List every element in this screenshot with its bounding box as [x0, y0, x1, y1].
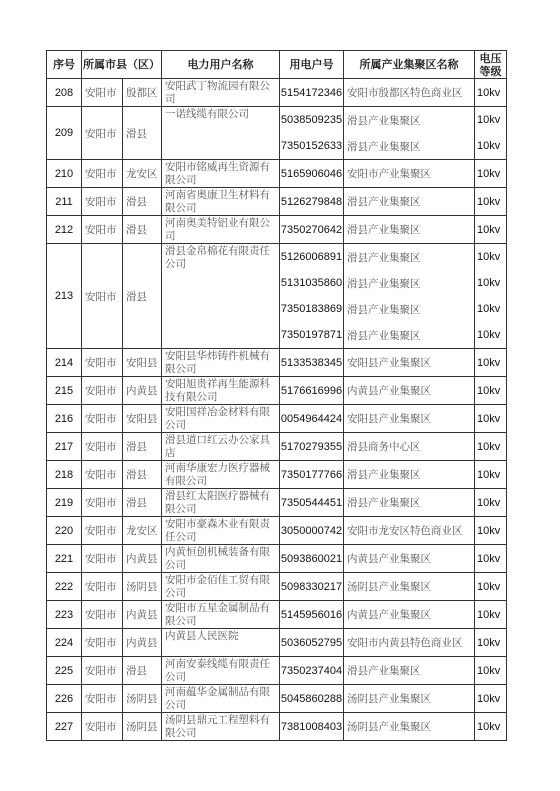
row-county: 龙安区	[123, 517, 162, 545]
row-cluster: 滑县产业集聚区	[344, 322, 475, 349]
row-cluster: 汤阴县产业集聚区	[344, 573, 475, 601]
row-voltage: 10kv	[475, 296, 507, 322]
row-voltage: 10kv	[475, 377, 507, 405]
row-county: 汤阴县	[123, 573, 162, 601]
header-voltage: 电压等级	[475, 51, 507, 79]
row-cluster: 滑县产业集聚区	[344, 461, 475, 489]
row-seq: 223	[47, 601, 82, 629]
row-account: 5045860288	[280, 685, 344, 713]
row-cluster: 安阳市产业集聚区	[344, 160, 475, 188]
row-account: 5126279848	[280, 188, 344, 216]
row-city: 安阳市	[82, 517, 123, 545]
row-voltage: 10kv	[475, 489, 507, 517]
row-seq: 215	[47, 377, 82, 405]
row-voltage: 10kv	[475, 133, 507, 160]
row-city: 安阳市	[82, 461, 123, 489]
row-seq: 224	[47, 629, 82, 657]
row-cluster: 汤阴县产业集聚区	[344, 685, 475, 713]
row-city: 安阳市	[82, 160, 123, 188]
row-account: 7381008403	[280, 713, 344, 741]
row-voltage: 10kv	[475, 270, 507, 296]
row-voltage: 10kv	[475, 629, 507, 657]
table-body: 208安阳市殷都区安阳武丁物流园有限公司5154172346安阳市殷都区特色商业…	[47, 79, 507, 741]
row-county: 内黄县	[123, 629, 162, 657]
row-account: 7350237404	[280, 657, 344, 685]
row-seq: 226	[47, 685, 82, 713]
row-voltage: 10kv	[475, 685, 507, 713]
row-account: 7350544451	[280, 489, 344, 517]
row-city: 安阳市	[82, 349, 123, 377]
row-county: 滑县	[123, 107, 162, 160]
row-company: 河南蕴华金属制品有限公司	[162, 685, 280, 713]
table-row: 227安阳市汤阴县汤阴县鼎元工程塑料有限公司7381008403汤阴县产业集聚区…	[47, 713, 507, 741]
row-city: 安阳市	[82, 216, 123, 244]
row-seq: 219	[47, 489, 82, 517]
row-city: 安阳市	[82, 685, 123, 713]
row-city: 安阳市	[82, 573, 123, 601]
row-cluster: 滑县产业集聚区	[344, 657, 475, 685]
row-company: 安阳武丁物流园有限公司	[162, 79, 280, 107]
row-city: 安阳市	[82, 713, 123, 741]
row-cluster: 内黄县产业集聚区	[344, 601, 475, 629]
table-row: 213安阳市滑县滑县金帛棉花有限责任公司5126006891滑县产业集聚区10k…	[47, 244, 507, 271]
row-company: 安阳市金佰佳工贸有限公司	[162, 573, 280, 601]
row-county: 滑县	[123, 433, 162, 461]
table-row: 208安阳市殷都区安阳武丁物流园有限公司5154172346安阳市殷都区特色商业…	[47, 79, 507, 107]
row-county: 内黄县	[123, 545, 162, 573]
header-row: 序号 所属市县（区） 电力用户名称 用电户号 所属产业集聚区名称 电压等级	[47, 51, 507, 79]
row-account: 7350183869	[280, 296, 344, 322]
row-company: 滑县道口红云办公家具店	[162, 433, 280, 461]
row-city: 安阳市	[82, 405, 123, 433]
row-company: 安阳市铭威再生资源有限公司	[162, 160, 280, 188]
row-county: 安阳县	[123, 405, 162, 433]
row-account: 5170279355	[280, 433, 344, 461]
row-voltage: 10kv	[475, 433, 507, 461]
row-voltage: 10kv	[475, 517, 507, 545]
row-voltage: 10kv	[475, 160, 507, 188]
row-company: 河南华康宏力医疗器械有限公司	[162, 461, 280, 489]
row-account: 5098330217	[280, 573, 344, 601]
table-row: 212安阳市滑县河南奥美特铝业有限公司7350270642滑县产业集聚区10kv	[47, 216, 507, 244]
row-county: 滑县	[123, 216, 162, 244]
row-county: 汤阴县	[123, 713, 162, 741]
header-cluster: 所属产业集聚区名称	[344, 51, 475, 79]
table-row: 220安阳市龙安区安阳市豪森木业有限责任公司3050000742安阳市龙安区特色…	[47, 517, 507, 545]
row-cluster: 内黄县产业集聚区	[344, 545, 475, 573]
row-seq: 227	[47, 713, 82, 741]
row-cluster: 安阳县产业集聚区	[344, 405, 475, 433]
row-voltage: 10kv	[475, 79, 507, 107]
row-voltage: 10kv	[475, 545, 507, 573]
row-company: 河南省奥康卫生材料有限公司	[162, 188, 280, 216]
row-city: 安阳市	[82, 79, 123, 107]
table-row: 214安阳市安阳县安阳县华炜铸件机械有限公司5133538345安阳县产业集聚区…	[47, 349, 507, 377]
table-row: 225安阳市滑县河南安泰线缆有限责任公司7350237404滑县产业集聚区10k…	[47, 657, 507, 685]
row-city: 安阳市	[82, 601, 123, 629]
row-city: 安阳市	[82, 244, 123, 349]
header-account: 用电户号	[280, 51, 344, 79]
row-account: 5126006891	[280, 244, 344, 271]
row-seq: 212	[47, 216, 82, 244]
row-cluster: 滑县产业集聚区	[344, 296, 475, 322]
row-county: 内黄县	[123, 377, 162, 405]
row-voltage: 10kv	[475, 461, 507, 489]
row-account: 7350177766	[280, 461, 344, 489]
row-cluster: 滑县产业集聚区	[344, 270, 475, 296]
row-seq: 210	[47, 160, 82, 188]
row-seq: 216	[47, 405, 82, 433]
header-company: 电力用户名称	[162, 51, 280, 79]
table-row: 211安阳市滑县河南省奥康卫生材料有限公司5126279848滑县产业集聚区10…	[47, 188, 507, 216]
row-account: 7350197871	[280, 322, 344, 349]
row-seq: 211	[47, 188, 82, 216]
row-company: 内黄恒创机械装备有限公司	[162, 545, 280, 573]
table-row: 215安阳市内黄县安阳旭贵祥再生能源科技有限公司5176616996内黄县产业集…	[47, 377, 507, 405]
row-seq: 220	[47, 517, 82, 545]
table-row: 216安阳市安阳县安阳国祥冶金材料有限公司0054964424安阳县产业集聚区1…	[47, 405, 507, 433]
row-city: 安阳市	[82, 545, 123, 573]
row-cluster: 安阳市殷都区特色商业区	[344, 79, 475, 107]
row-voltage: 10kv	[475, 573, 507, 601]
row-voltage: 10kv	[475, 107, 507, 134]
table-row: 224安阳市内黄县内黄县人民医院5036052795安阳市内黄县特色商业区10k…	[47, 629, 507, 657]
row-company: 安阳市豪森木业有限责任公司	[162, 517, 280, 545]
row-county: 滑县	[123, 657, 162, 685]
row-city: 安阳市	[82, 377, 123, 405]
power-user-table: 序号 所属市县（区） 电力用户名称 用电户号 所属产业集聚区名称 电压等级 20…	[46, 50, 507, 741]
row-voltage: 10kv	[475, 244, 507, 271]
row-voltage: 10kv	[475, 405, 507, 433]
row-cluster: 安阳县产业集聚区	[344, 349, 475, 377]
row-seq: 214	[47, 349, 82, 377]
header-region: 所属市县（区）	[82, 51, 162, 79]
row-account: 5038509235	[280, 107, 344, 134]
row-cluster: 安阳市内黄县特色商业区	[344, 629, 475, 657]
row-voltage: 10kv	[475, 349, 507, 377]
row-voltage: 10kv	[475, 188, 507, 216]
row-seq: 208	[47, 79, 82, 107]
row-company: 安阳国祥冶金材料有限公司	[162, 405, 280, 433]
table-row: 219安阳市滑县滑县红太阳医疗器械有限公司7350544451滑县产业集聚区10…	[47, 489, 507, 517]
row-account: 0054964424	[280, 405, 344, 433]
row-account: 5093860021	[280, 545, 344, 573]
row-cluster: 安阳市龙安区特色商业区	[344, 517, 475, 545]
row-cluster: 滑县产业集聚区	[344, 107, 475, 134]
row-cluster: 滑县产业集聚区	[344, 133, 475, 160]
row-voltage: 10kv	[475, 216, 507, 244]
row-company: 河南安泰线缆有限责任公司	[162, 657, 280, 685]
row-company: 安阳县华炜铸件机械有限公司	[162, 349, 280, 377]
row-county: 滑县	[123, 489, 162, 517]
row-city: 安阳市	[82, 489, 123, 517]
row-seq: 217	[47, 433, 82, 461]
row-city: 安阳市	[82, 629, 123, 657]
row-city: 安阳市	[82, 107, 123, 160]
row-account: 5133538345	[280, 349, 344, 377]
row-county: 安阳县	[123, 349, 162, 377]
row-company: 滑县金帛棉花有限责任公司	[162, 244, 280, 349]
row-voltage: 10kv	[475, 713, 507, 741]
row-seq: 213	[47, 244, 82, 349]
row-company: 一诺线缆有限公司	[162, 107, 280, 160]
row-company: 滑县红太阳医疗器械有限公司	[162, 489, 280, 517]
row-county: 内黄县	[123, 601, 162, 629]
table-row: 218安阳市滑县河南华康宏力医疗器械有限公司7350177766滑县产业集聚区1…	[47, 461, 507, 489]
row-seq: 209	[47, 107, 82, 160]
row-account: 3050000742	[280, 517, 344, 545]
row-city: 安阳市	[82, 657, 123, 685]
row-voltage: 10kv	[475, 322, 507, 349]
row-county: 滑县	[123, 244, 162, 349]
row-company: 安阳旭贵祥再生能源科技有限公司	[162, 377, 280, 405]
row-voltage: 10kv	[475, 657, 507, 685]
row-cluster: 滑县产业集聚区	[344, 188, 475, 216]
row-cluster: 滑县产业集聚区	[344, 244, 475, 271]
row-account: 7350152633	[280, 133, 344, 160]
row-account: 7350270642	[280, 216, 344, 244]
row-seq: 218	[47, 461, 82, 489]
table-row: 222安阳市汤阴县安阳市金佰佳工贸有限公司5098330217汤阴县产业集聚区1…	[47, 573, 507, 601]
row-voltage: 10kv	[475, 601, 507, 629]
row-county: 滑县	[123, 461, 162, 489]
row-county: 滑县	[123, 188, 162, 216]
table-row: 209安阳市滑县一诺线缆有限公司5038509235滑县产业集聚区10kv	[47, 107, 507, 134]
row-cluster: 滑县商务中心区	[344, 433, 475, 461]
row-cluster: 内黄县产业集聚区	[344, 377, 475, 405]
row-company: 内黄县人民医院	[162, 629, 280, 657]
row-company: 河南奥美特铝业有限公司	[162, 216, 280, 244]
row-account: 5176616996	[280, 377, 344, 405]
row-account: 5145956016	[280, 601, 344, 629]
row-cluster: 汤阴县产业集聚区	[344, 713, 475, 741]
row-company: 安阳市五星金属制品有限公司	[162, 601, 280, 629]
row-county: 汤阴县	[123, 685, 162, 713]
row-company: 汤阴县鼎元工程塑料有限公司	[162, 713, 280, 741]
table-row: 223安阳市内黄县安阳市五星金属制品有限公司5145956016内黄县产业集聚区…	[47, 601, 507, 629]
table-row: 226安阳市汤阴县河南蕴华金属制品有限公司5045860288汤阴县产业集聚区1…	[47, 685, 507, 713]
row-county: 龙安区	[123, 160, 162, 188]
row-cluster: 滑县产业集聚区	[344, 489, 475, 517]
row-county: 殷都区	[123, 79, 162, 107]
row-seq: 225	[47, 657, 82, 685]
row-account: 5131035860	[280, 270, 344, 296]
row-seq: 222	[47, 573, 82, 601]
table-row: 217安阳市滑县滑县道口红云办公家具店5170279355滑县商务中心区10kv	[47, 433, 507, 461]
row-city: 安阳市	[82, 188, 123, 216]
table-row: 210安阳市龙安区安阳市铭威再生资源有限公司5165906046安阳市产业集聚区…	[47, 160, 507, 188]
row-account: 5154172346	[280, 79, 344, 107]
row-cluster: 滑县产业集聚区	[344, 216, 475, 244]
table-row: 221安阳市内黄县内黄恒创机械装备有限公司5093860021内黄县产业集聚区1…	[47, 545, 507, 573]
row-seq: 221	[47, 545, 82, 573]
row-account: 5165906046	[280, 160, 344, 188]
header-seq: 序号	[47, 51, 82, 79]
row-city: 安阳市	[82, 433, 123, 461]
row-account: 5036052795	[280, 629, 344, 657]
